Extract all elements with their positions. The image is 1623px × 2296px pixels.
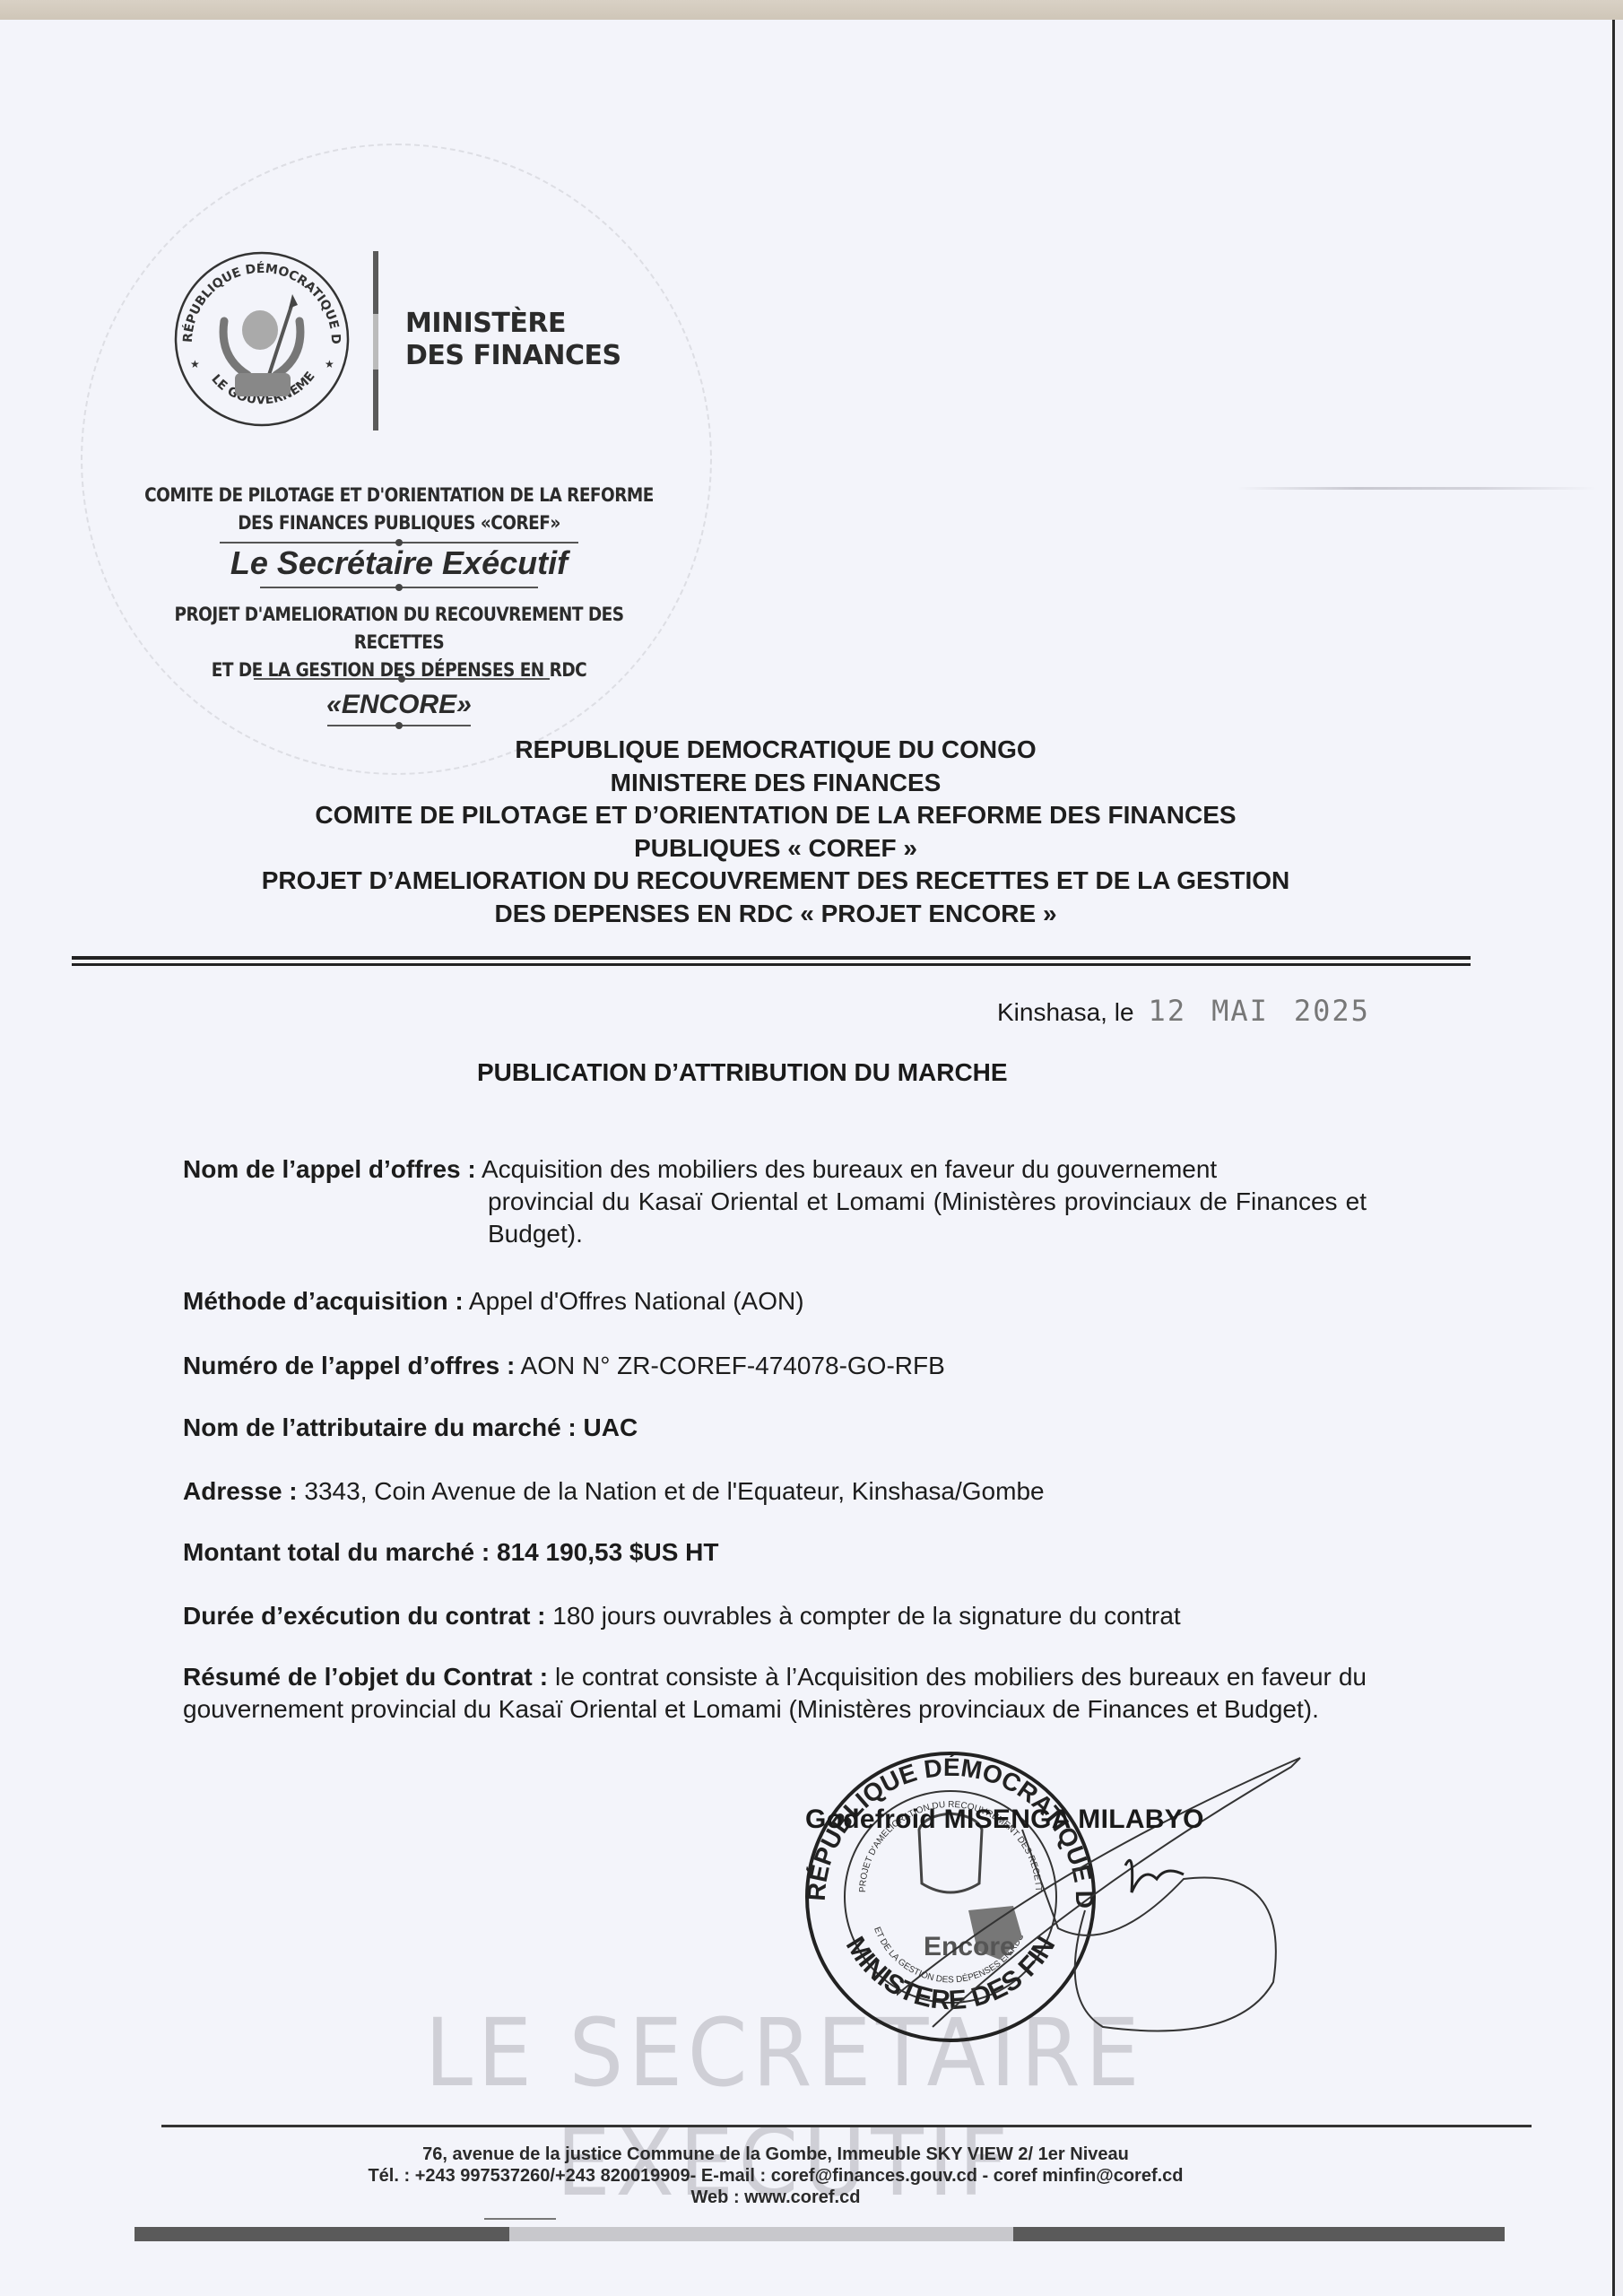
drc-emblem-icon: RÉPUBLIQUE DÉMOCRATIQUE DU CONGO LE GOUV… [172, 249, 352, 429]
footer-web: Web : www.coref.cd [305, 2187, 1246, 2208]
svg-text:★: ★ [190, 358, 200, 370]
footer-contact: 76, avenue de la justice Commune de la G… [305, 2144, 1246, 2208]
field-resume: Résumé de l’objet du Contrat : le contra… [183, 1661, 1367, 1726]
scan-artifact [1237, 487, 1596, 490]
footer-bar [135, 2227, 509, 2241]
svg-text:★: ★ [325, 358, 334, 370]
letterhead-encore: «ENCORE» [108, 689, 690, 721]
footer-bar [1013, 2227, 1505, 2241]
ministry-logo-text: MINISTÈRE DES FINANCES [405, 308, 621, 372]
scanner-edge [0, 0, 1623, 20]
letterhead-coref: COMITE DE PILOTAGE ET D'ORIENTATION DE L… [143, 482, 655, 537]
field-adresse: Adresse : 3343, Coin Avenue de la Nation… [183, 1475, 1367, 1508]
logo-divider [373, 251, 378, 430]
field-nom-appel: Nom de l’appel d’offres : Acquisition de… [183, 1153, 1367, 1250]
field-numero: Numéro de l’appel d’offres : AON N° ZR-C… [183, 1350, 1367, 1382]
footer-bar [509, 2227, 1013, 2241]
signatory-name: Godefroid MISENGA MILABYO [805, 1805, 1204, 1835]
ornament-divider [260, 587, 538, 588]
field-montant: Montant total du marché : 814 190,53 $US… [183, 1536, 1367, 1569]
footer-rule [161, 2125, 1532, 2127]
field-duree: Durée d’exécution du contrat : 180 jours… [183, 1600, 1367, 1632]
date-line: Kinshasa, le12MAI2025 [997, 994, 1370, 1028]
ornament-divider [327, 725, 471, 726]
official-header: REPUBLIQUE DEMOCRATIQUE DU CONGO MINISTE… [215, 734, 1336, 930]
field-attributaire: Nom de l’attributaire du marché : UAC [183, 1412, 1367, 1444]
ornament-divider [254, 678, 550, 680]
footer-ornament [484, 2218, 556, 2220]
document-title: PUBLICATION D’ATTRIBUTION DU MARCHE [477, 1058, 1008, 1087]
handwritten-signature [897, 1731, 1327, 2054]
letterhead-projet: PROJET D'AMELIORATION DU RECOUVREMENT DE… [143, 601, 655, 684]
date-stamp: 12MAI2025 [1149, 994, 1370, 1028]
letterhead-secretaire: Le Secrétaire Exécutif [108, 544, 690, 583]
header-double-rule [72, 956, 1471, 967]
field-methode: Méthode d’acquisition : Appel d'Offres N… [183, 1285, 1367, 1318]
